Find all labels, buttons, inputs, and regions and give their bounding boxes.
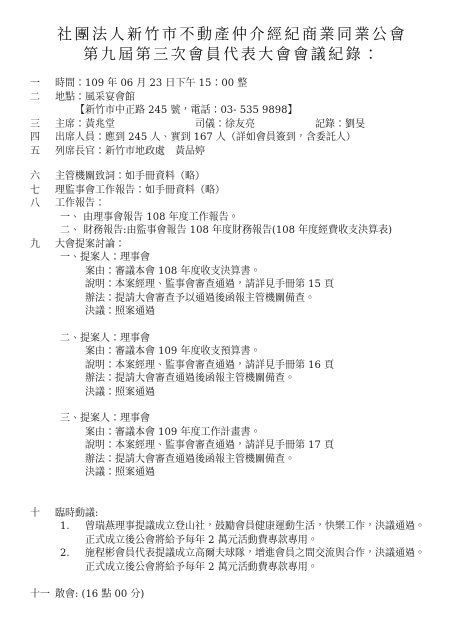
document-body: 一 時間：109 年 06 月 23 日下午 15：00 整 二 地點：風采宴會… bbox=[30, 77, 434, 602]
doc-line: 正式成立後公會將給予每年 2 萬元活動費專款專用。 bbox=[85, 534, 434, 548]
doc-line-text: 決議：照案通過 bbox=[85, 386, 155, 400]
doc-line-text: 說明：本案經理、監事會審查通過，請詳見手冊第 15 頁 bbox=[85, 278, 334, 292]
doc-line-text: 二、 財務報告:由監事會報告 108 年度財務報告(108 年度經費收支決算表) bbox=[60, 224, 392, 238]
doc-line-marker: 十 bbox=[30, 507, 55, 521]
doc-line-text: 【新竹市中正路 245 號，電話：03- 535 9898】 bbox=[75, 104, 297, 118]
doc-line-marker: 一 bbox=[30, 77, 55, 91]
doc-line-text: 案由：審議本會 109 年度收支預算書。 bbox=[85, 345, 260, 359]
doc-line: 辦法：提請大會審查通過後函報主管機關備查。 bbox=[85, 372, 434, 386]
doc-line: 說明：本案經理、監事會審查通過，請詳見手冊第 15 頁 bbox=[85, 278, 434, 292]
doc-line-marker: 三 bbox=[30, 118, 55, 132]
doc-line-text: 正式成立後公會將給予每年 2 萬元活動費專款專用。 bbox=[85, 534, 318, 548]
doc-line: 說明：本案經理、監事會審查通過，請詳見手冊第 17 頁 bbox=[85, 439, 434, 453]
doc-line: 說明：本案經理、監事會審查通過，請詳見手冊第 16 頁 bbox=[85, 359, 434, 373]
doc-line-text: 主管機關致詞：如手冊資料（略） bbox=[55, 170, 205, 184]
doc-line: 二、提案人：理事會 bbox=[60, 332, 434, 346]
doc-line: 七 理監事會工作報告：如手冊資料（略） bbox=[30, 184, 434, 198]
document-page: 社團法人新竹市不動產仲介經紀商業同業公會 第九屆第三次會員代表大會會議紀錄： 一… bbox=[0, 0, 452, 640]
doc-line: 九 大會提案討論： bbox=[30, 238, 434, 252]
doc-line: 三 主席：黃兆堂 司儀：徐友亮 記錄：劉旻 bbox=[30, 118, 434, 132]
doc-line: 二、 財務報告:由監事會報告 108 年度財務報告(108 年度經費收支決算表) bbox=[60, 224, 434, 238]
doc-line: 十 臨時動議: bbox=[30, 507, 434, 521]
doc-line-text: 理監事會工作報告：如手冊資料（略） bbox=[55, 184, 225, 198]
doc-line-text: 臨時動議: bbox=[55, 507, 98, 521]
doc-line-marker: 九 bbox=[30, 238, 55, 252]
doc-line-text: 案由：審議本會 108 年度收支決算書。 bbox=[85, 265, 260, 279]
doc-line-text: 辦法：提請大會審查通過後函報主管機關備查。 bbox=[85, 453, 295, 467]
doc-line: 十一 散會: (16 點 00 分) bbox=[30, 588, 434, 602]
doc-line-marker: 2. bbox=[60, 547, 85, 561]
doc-line-marker: 十一 bbox=[30, 588, 55, 602]
doc-line-text: 決議：照案通過 bbox=[85, 466, 155, 480]
doc-line-text: 二、提案人：理事會 bbox=[60, 332, 150, 346]
doc-line-text: 主席：黃兆堂 司儀：徐友亮 記錄：劉旻 bbox=[55, 118, 365, 132]
doc-line-text: 正式成立後公會將給予每年 2 萬元活動費專款專用。 bbox=[85, 561, 318, 575]
doc-line: 決議：照案通過 bbox=[85, 466, 434, 480]
document-title-line1: 社團法人新竹市不動產仲介經紀商業同業公會 bbox=[30, 24, 434, 44]
doc-line: 決議：照案通過 bbox=[85, 386, 434, 400]
doc-line-marker: 六 bbox=[30, 170, 55, 184]
doc-line-text: 辦法：提請大會審查予以通過後函報主管機關備查。 bbox=[85, 292, 315, 306]
doc-line-text: 施程彬會員代表提議成立高爾夫球隊，增進會員之間交流與合作，決議通過。 bbox=[85, 547, 425, 561]
doc-line: 辦法：提請大會審查通過後函報主管機關備查。 bbox=[85, 453, 434, 467]
doc-line: 八 工作報告： bbox=[30, 197, 434, 211]
doc-line: 四 出席人員：應到 245 人、實到 167 人（詳如會員簽到，含委託人） bbox=[30, 131, 434, 145]
doc-line: 一、提案人：理事會 bbox=[60, 251, 434, 265]
doc-line: 六 主管機關致詞：如手冊資料（略） bbox=[30, 170, 434, 184]
doc-line-text: 決議：照案通過 bbox=[85, 305, 155, 319]
doc-line: 案由：審議本會 109 年度工作計畫書。 bbox=[85, 426, 434, 440]
doc-line-text: 三、提案人：理事會 bbox=[60, 412, 150, 426]
doc-line: 一、 由理事會報告 108 年度工作報告。 bbox=[60, 211, 434, 225]
doc-line-text: 列席長官：新竹市地政處 黃品婷 bbox=[55, 145, 205, 159]
doc-line-marker: 八 bbox=[30, 197, 55, 211]
doc-line-text: 出席人員：應到 245 人、實到 167 人（詳如會員簽到，含委託人） bbox=[55, 131, 356, 145]
doc-line-marker: 1. bbox=[60, 520, 85, 534]
doc-line: 辦法：提請大會審查予以通過後函報主管機關備查。 bbox=[85, 292, 434, 306]
doc-line-text: 一、提案人：理事會 bbox=[60, 251, 150, 265]
doc-line-marker: 四 bbox=[30, 131, 55, 145]
doc-line: 1. 曾瑞燕理事提議成立登山社，鼓勵會員健康運動生活，快樂工作，決議通過。 bbox=[60, 520, 434, 534]
doc-line-marker: 二 bbox=[30, 91, 55, 105]
doc-line-marker: 五 bbox=[30, 145, 55, 159]
doc-line: 二 地點：風采宴會館 bbox=[30, 91, 434, 105]
doc-line: 三、提案人：理事會 bbox=[60, 412, 434, 426]
doc-line-text: 說明：本案經理、監事會審查通過，請詳見手冊第 17 頁 bbox=[85, 439, 334, 453]
doc-line-marker: 七 bbox=[30, 184, 55, 198]
doc-line: 決議：照案通過 bbox=[85, 305, 434, 319]
doc-line-text: 案由：審議本會 109 年度工作計畫書。 bbox=[85, 426, 260, 440]
doc-line: 案由：審議本會 108 年度收支決算書。 bbox=[85, 265, 434, 279]
doc-line-text: 散會: (16 點 00 分) bbox=[55, 588, 144, 602]
doc-line: 一 時間：109 年 06 月 23 日下午 15：00 整 bbox=[30, 77, 434, 91]
doc-line-text: 工作報告： bbox=[55, 197, 105, 211]
doc-line: 2. 施程彬會員代表提議成立高爾夫球隊，增進會員之間交流與合作，決議通過。 bbox=[60, 547, 434, 561]
doc-line-text: 辦法：提請大會審查通過後函報主管機關備查。 bbox=[85, 372, 295, 386]
document-title-line2: 第九屆第三次會員代表大會會議紀錄： bbox=[30, 44, 434, 64]
doc-line-text: 時間：109 年 06 月 23 日下午 15：00 整 bbox=[55, 77, 247, 91]
doc-line: 正式成立後公會將給予每年 2 萬元活動費專款專用。 bbox=[85, 561, 434, 575]
doc-line: 案由：審議本會 109 年度收支預算書。 bbox=[85, 345, 434, 359]
doc-line-text: 大會提案討論： bbox=[55, 238, 125, 252]
doc-line: 【新竹市中正路 245 號，電話：03- 535 9898】 bbox=[75, 104, 434, 118]
doc-line-text: 一、 由理事會報告 108 年度工作報告。 bbox=[60, 211, 239, 225]
doc-line-text: 說明：本案經理、監事會審查通過，請詳見手冊第 16 頁 bbox=[85, 359, 334, 373]
doc-line-text: 曾瑞燕理事提議成立登山社，鼓勵會員健康運動生活，快樂工作，決議通過。 bbox=[85, 520, 425, 534]
doc-line: 五 列席長官：新竹市地政處 黃品婷 bbox=[30, 145, 434, 159]
doc-line-text: 地點：風采宴會館 bbox=[55, 91, 135, 105]
